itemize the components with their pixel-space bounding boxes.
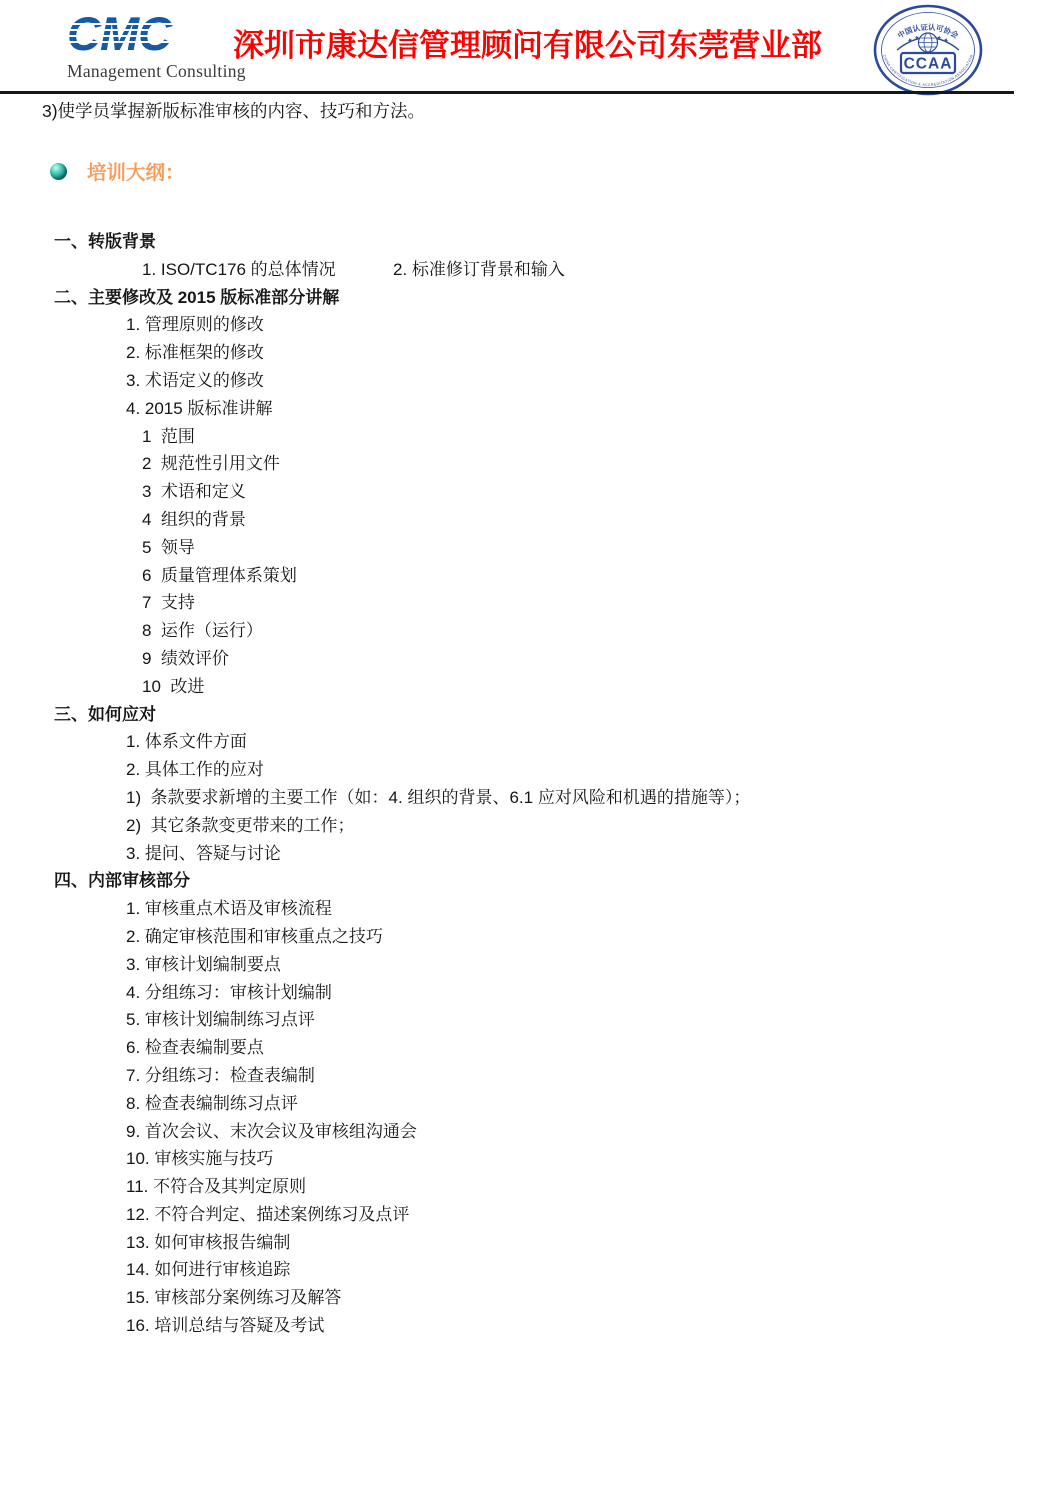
- outline-item: 2) 其它条款变更带来的工作；: [0, 812, 1050, 840]
- outline-title: 培训大纲：: [87, 157, 185, 185]
- sphere-bullet-icon: [50, 163, 67, 180]
- outline: 一、转版背景1. ISO/TC176 的总体情况2. 标准修订背景和输入二、主要…: [0, 228, 1050, 1340]
- outline-item: 4. 2015 版标准讲解: [0, 395, 1050, 423]
- header-divider: [0, 91, 1014, 94]
- outline-item-col: 1. ISO/TC176 的总体情况: [142, 256, 393, 284]
- outline-heading-row: 培训大纲：: [50, 160, 185, 182]
- outline-item: 2. 确定审核范围和审核重点之技巧: [0, 923, 1050, 951]
- cmc-logo: CMC Management Consulting: [67, 10, 246, 82]
- outline-section-heading: 二、主要修改及 2015 版标准部分讲解: [0, 284, 1050, 312]
- outline-item: 3. 术语定义的修改: [0, 367, 1050, 395]
- outline-item: 5. 审核计划编制练习点评: [0, 1006, 1050, 1034]
- outline-item: 14. 如何进行审核追踪: [0, 1256, 1050, 1284]
- outline-item: 13. 如何审核报告编制: [0, 1229, 1050, 1257]
- outline-item: 16. 培训总结与答疑及考试: [0, 1312, 1050, 1340]
- outline-item: 4 组织的背景: [0, 506, 1050, 534]
- outline-item: 15. 审核部分案例练习及解答: [0, 1284, 1050, 1312]
- ccaa-badge: 中国认证认可协会 ★ ★ ★ ★ ★ ★ CHINA CERTIFICATION…: [872, 4, 984, 96]
- outline-item: 7 支持: [0, 589, 1050, 617]
- outline-item: 8 运作（运行）: [0, 617, 1050, 645]
- outline-item: 4. 分组练习：审核计划编制: [0, 979, 1050, 1007]
- outline-item: 3. 提问、答疑与讨论: [0, 840, 1050, 868]
- intro-line: 3)使学员掌握新版标准审核的内容、技巧和方法。: [42, 99, 425, 123]
- outline-item-col: 2. 标准修订背景和输入: [393, 260, 565, 279]
- outline-item: 6. 检查表编制要点: [0, 1034, 1050, 1062]
- company-title: 深圳市康达信管理顾问有限公司东莞营业部: [233, 27, 822, 65]
- outline-item: 1. ISO/TC176 的总体情况2. 标准修订背景和输入: [0, 256, 1050, 284]
- outline-item: 5 领导: [0, 534, 1050, 562]
- outline-item: 1) 条款要求新增的主要工作（如：4. 组织的背景、6.1 应对风险和机遇的措施…: [0, 784, 1050, 812]
- outline-item: 2 规范性引用文件: [0, 450, 1050, 478]
- cmc-logo-subtitle: Management Consulting: [67, 61, 246, 82]
- outline-item: 9 绩效评价: [0, 645, 1050, 673]
- outline-item: 8. 检查表编制练习点评: [0, 1090, 1050, 1118]
- badge-globe-icon: [919, 33, 938, 52]
- outline-item: 6 质量管理体系策划: [0, 562, 1050, 590]
- outline-item: 2. 标准框架的修改: [0, 339, 1050, 367]
- outline-item: 1. 体系文件方面: [0, 728, 1050, 756]
- outline-item: 1. 审核重点术语及审核流程: [0, 895, 1050, 923]
- outline-item: 11. 不符合及其判定原则: [0, 1173, 1050, 1201]
- cmc-logo-mark: CMC: [67, 10, 171, 57]
- outline-item: 10 改进: [0, 673, 1050, 701]
- outline-item: 10. 审核实施与技巧: [0, 1145, 1050, 1173]
- outline-item: 2. 具体工作的应对: [0, 756, 1050, 784]
- cmc-logo-text: CMC: [67, 10, 171, 57]
- outline-section-heading: 三、如何应对: [0, 701, 1050, 729]
- outline-item: 1 范围: [0, 423, 1050, 451]
- outline-item: 9. 首次会议、末次会议及审核组沟通会: [0, 1118, 1050, 1146]
- outline-item: 1. 管理原则的修改: [0, 311, 1050, 339]
- outline-section-heading: 一、转版背景: [0, 228, 1050, 256]
- outline-section-heading: 四、内部审核部分: [0, 867, 1050, 895]
- outline-item: 3 术语和定义: [0, 478, 1050, 506]
- outline-item: 7. 分组练习：检查表编制: [0, 1062, 1050, 1090]
- outline-item: 3. 审核计划编制要点: [0, 951, 1050, 979]
- document-page: CMC Management Consulting 深圳市康达信管理顾问有限公司…: [0, 0, 1050, 1486]
- header: CMC Management Consulting 深圳市康达信管理顾问有限公司…: [0, 0, 1050, 94]
- badge-label: CCAA: [904, 56, 953, 73]
- outline-item: 12. 不符合判定、描述案例练习及点评: [0, 1201, 1050, 1229]
